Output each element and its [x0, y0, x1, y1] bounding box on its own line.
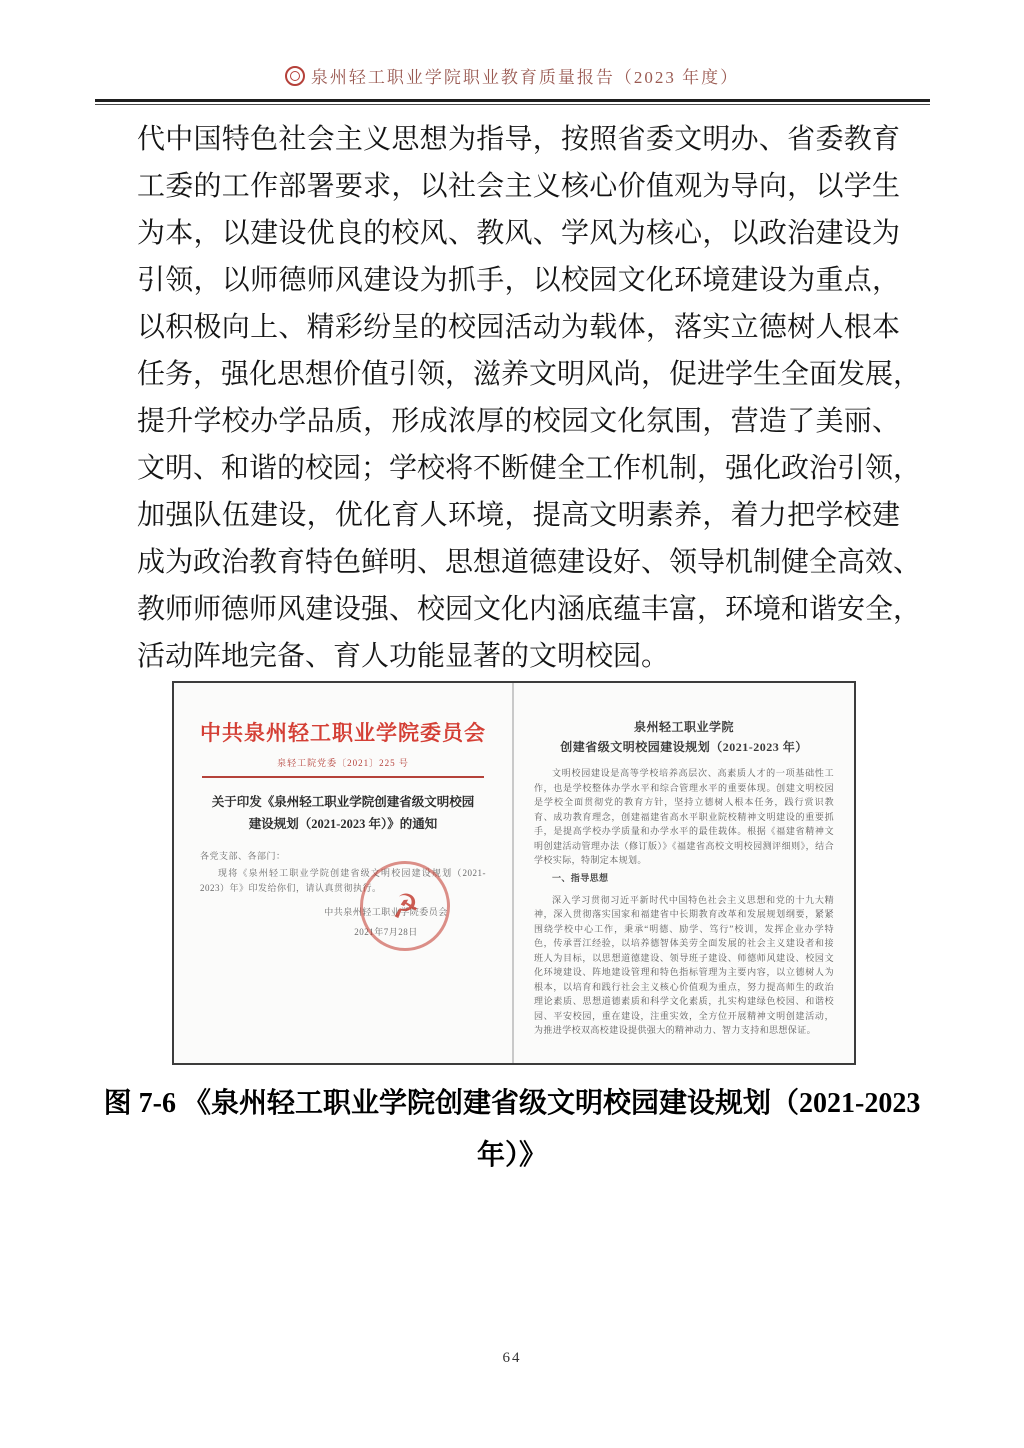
- plan-section-heading: 一、指导思想: [534, 871, 834, 884]
- body-text-line: 为本，以建设优良的校风、教风、学风为核心，以政治建设为: [137, 210, 900, 257]
- notice-subject: 关于印发《泉州轻工职业学院创建省级文明校园 建设规划（2021-2023 年）》…: [174, 791, 512, 835]
- scanned-notice-page: 中共泉州轻工职业学院委员会 泉轻工院党委〔2021〕225 号 关于印发《泉州轻…: [174, 683, 514, 1063]
- body-text-line: 成为政治教育特色鲜明、思想道德建设好、领导机制健全高效、: [137, 539, 900, 586]
- body-text-line: 任务，强化思想价值引领，滋养文明风尚，促进学生全面发展，: [137, 351, 900, 398]
- body-text-line: 引领，以师德师风建设为抓手，以校园文化环境建设为重点，: [137, 257, 900, 304]
- body-paragraph: 代中国特色社会主义思想为指导，按照省委文明办、省委教育 工委的工作部署要求，以社…: [137, 116, 900, 680]
- figure-image: 中共泉州轻工职业学院委员会 泉轻工院党委〔2021〕225 号 关于印发《泉州轻…: [172, 681, 856, 1065]
- figure-caption-line1: 图 7-6 《泉州轻工职业学院创建省级文明校园建设规划（2021-2023: [60, 1078, 964, 1130]
- scanned-plan-page: 泉州轻工职业学院 创建省级文明校园建设规划（2021-2023 年） 文明校园建…: [514, 683, 854, 1063]
- plan-title-line1: 泉州轻工职业学院: [514, 717, 854, 737]
- figure-caption: 图 7-6 《泉州轻工职业学院创建省级文明校园建设规划（2021-2023 年）…: [60, 1078, 964, 1182]
- page-number: 64: [0, 1350, 1024, 1367]
- body-text-line: 工委的工作部署要求，以社会主义核心价值观为导向，以学生: [137, 163, 900, 210]
- plan-title: 泉州轻工职业学院 创建省级文明校园建设规划（2021-2023 年）: [514, 717, 854, 757]
- notice-salutation: 各党支部、各部门：: [200, 849, 486, 862]
- report-header: 泉州轻工职业学院职业教育质量报告（2023 年度）: [0, 63, 1024, 88]
- header-divider: [95, 99, 930, 105]
- body-text-line: 提升学校办学品质，形成浓厚的校园文化氛围，营造了美丽、: [137, 398, 900, 445]
- notice-red-rule: [202, 776, 484, 778]
- notice-document-number: 泉轻工院党委〔2021〕225 号: [174, 756, 512, 769]
- body-text-line: 加强队伍建设，优化育人环境，提高文明素养，着力把学校建: [137, 492, 900, 539]
- school-seal-icon: [285, 66, 305, 86]
- plan-title-line2: 创建省级文明校园建设规划（2021-2023 年）: [514, 737, 854, 757]
- body-text-line: 文明、和谐的校园；学校将不断健全工作机制，强化政治引领，: [137, 445, 900, 492]
- figure-caption-line2: 年）》: [60, 1130, 964, 1182]
- plan-paragraph-1: 文明校园建设是高等学校培养高层次、高素质人才的一项基础性工作，也是学校整体办学水…: [534, 766, 834, 868]
- notice-subject-line2: 建设规划（2021-2023 年）》的通知: [174, 813, 512, 835]
- notice-issuer-title: 中共泉州轻工职业学院委员会: [174, 717, 512, 747]
- body-text-line: 以积极向上、精彩纷呈的校园活动为载体，落实立德树人根本: [137, 304, 900, 351]
- report-header-title: 泉州轻工职业学院职业教育质量报告（2023 年度）: [311, 63, 739, 88]
- body-text-line: 代中国特色社会主义思想为指导，按照省委文明办、省委教育: [137, 116, 900, 163]
- body-text-line: 活动阵地完备、育人功能显著的文明校园。: [137, 633, 900, 680]
- body-text-line: 教师师德师风建设强、校园文化内涵底蕴丰富，环境和谐安全，: [137, 586, 900, 633]
- notice-subject-line1: 关于印发《泉州轻工职业学院创建省级文明校园: [174, 791, 512, 813]
- plan-paragraph-2: 深入学习贯彻习近平新时代中国特色社会主义思想和党的十九大精神，深入贯彻落实国家和…: [534, 893, 834, 1038]
